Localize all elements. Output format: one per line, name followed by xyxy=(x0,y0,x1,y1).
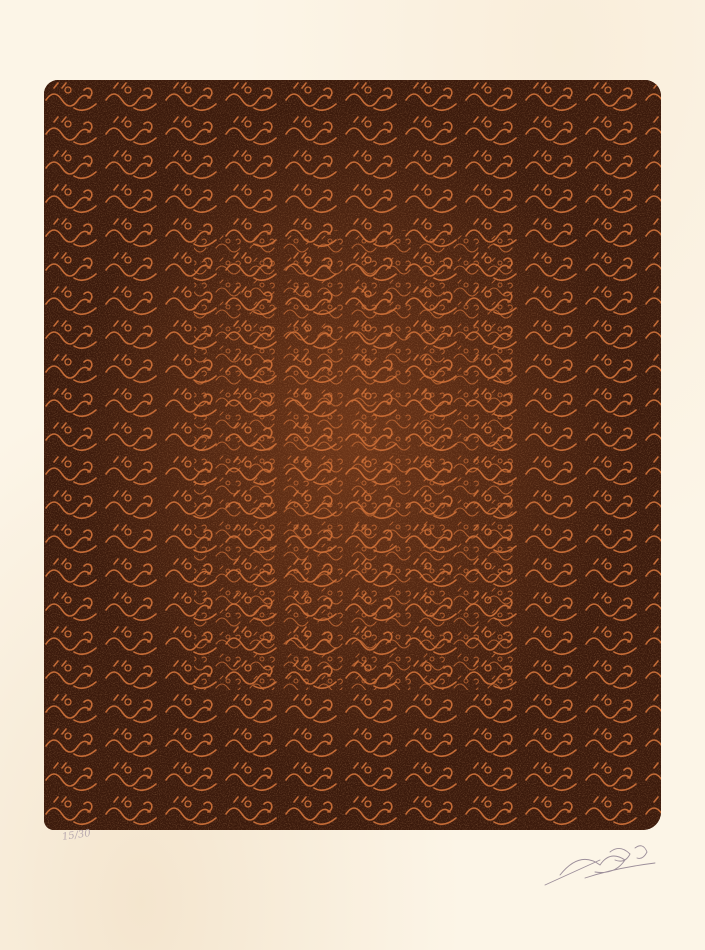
artist-signature xyxy=(540,840,670,890)
calligraphy-pattern xyxy=(44,80,661,830)
calligraphy-print xyxy=(44,80,661,830)
